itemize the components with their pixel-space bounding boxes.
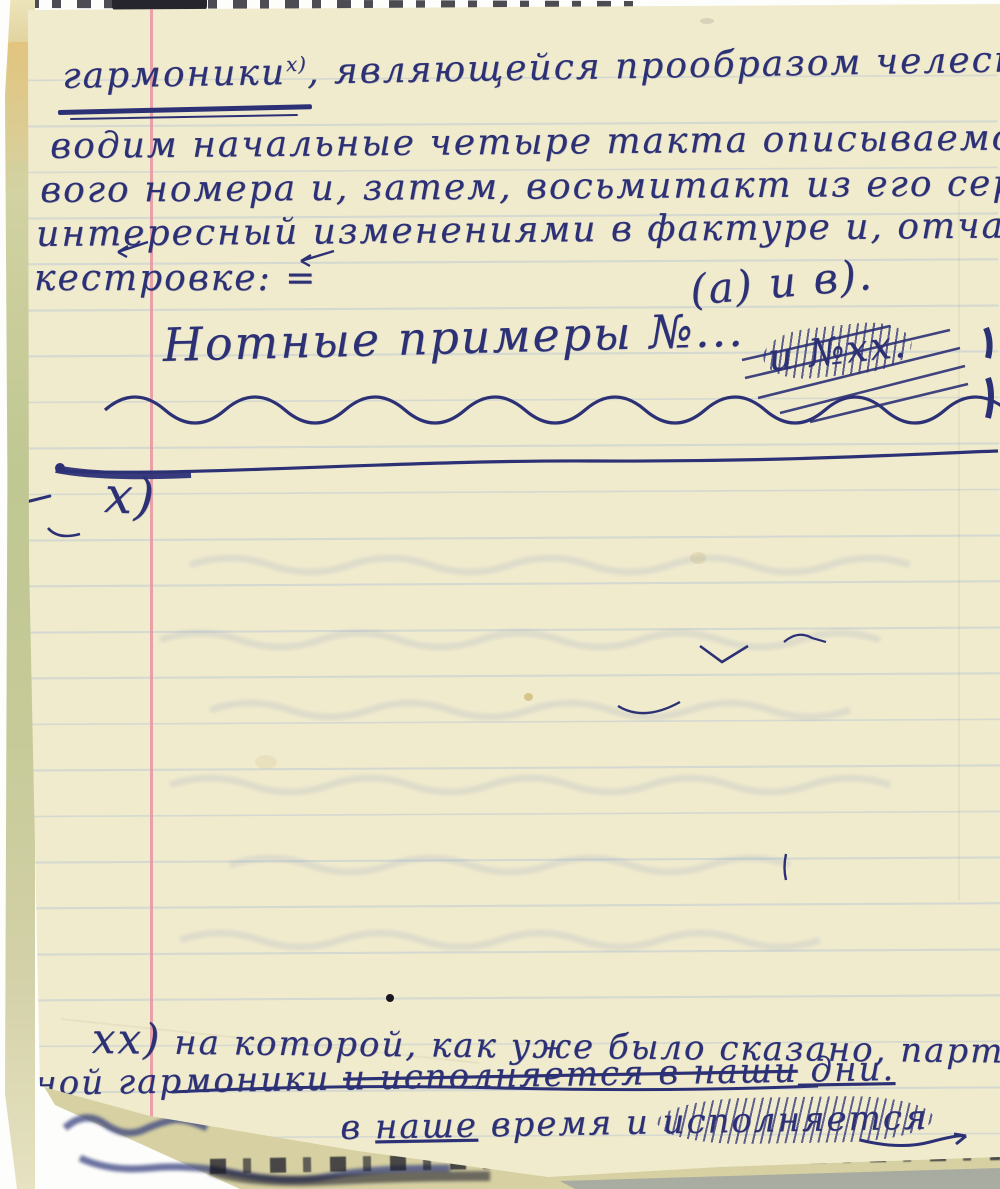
stray-mark: [46, 524, 82, 540]
bleed-through-writing: [150, 545, 1000, 975]
ink-dot: [386, 994, 394, 1002]
margin-arrow-icon: [112, 238, 150, 258]
footnote-reference-x: х): [286, 53, 307, 76]
wavy-underline: [102, 386, 1000, 434]
paragraph-line-3: вого номера и, затем, восьмитакт из его …: [40, 162, 1000, 211]
underlined-word: гармоники: [62, 52, 286, 97]
underlined-word: наше: [375, 1106, 479, 1148]
paragraph-line-5: кестровке: =: [34, 258, 317, 299]
right-edge-marks: [972, 326, 1000, 421]
stray-mark: [782, 630, 828, 648]
footnote-mark-xx: хх): [91, 1014, 161, 1064]
stray-mark: [616, 698, 682, 720]
stray-mark: [780, 852, 792, 882]
footnote-mark-x: х): [103, 466, 158, 527]
scanned-manuscript-page: гармониких), являющейся прообразом челес…: [0, 0, 1000, 1189]
paragraph-line-2: водим начальные четыре такта описываемог…: [50, 116, 1000, 167]
correction-tail: [858, 1124, 968, 1148]
paper-stain: [700, 18, 714, 24]
stray-mark: [698, 640, 750, 666]
separator-line: [52, 444, 1000, 480]
hand-strikethrough: [170, 1082, 820, 1096]
notebook-page: гармониких), являющейся прообразом челес…: [0, 0, 1000, 1189]
margin-arrow-icon: [296, 248, 336, 268]
